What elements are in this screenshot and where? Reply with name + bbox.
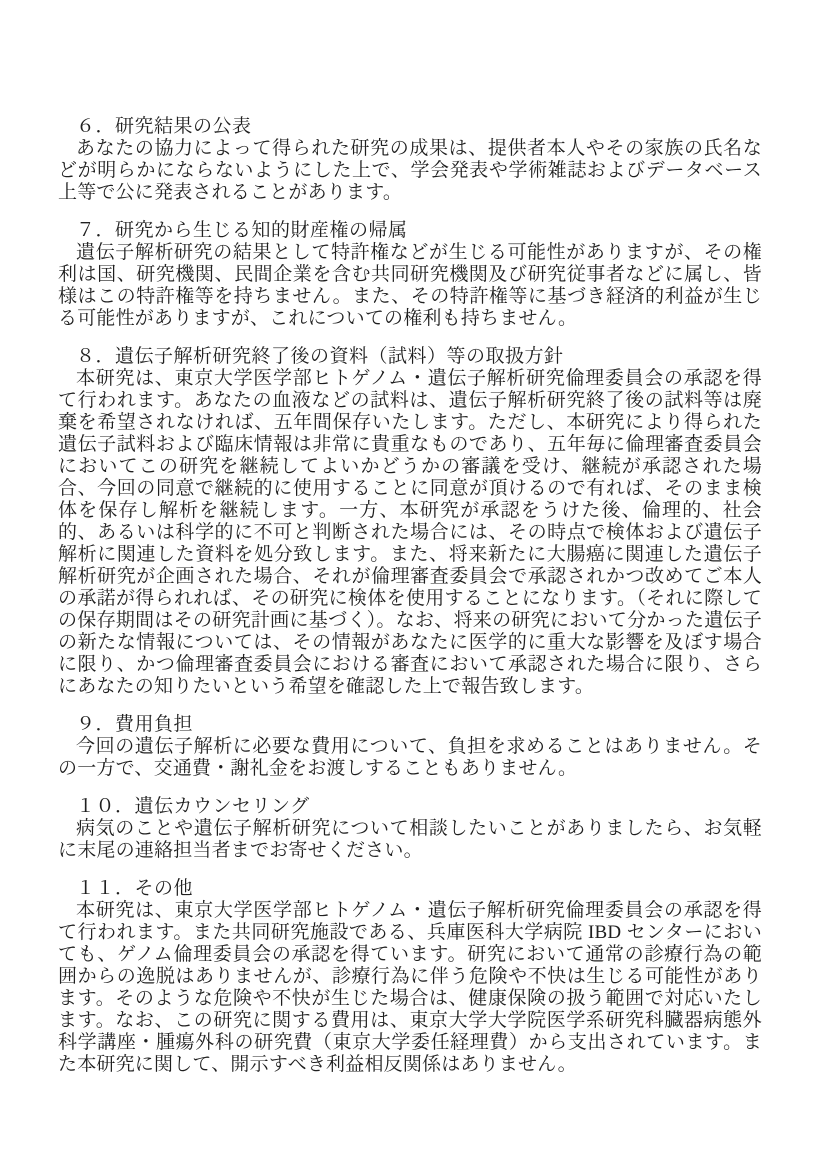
section-body: 本研究は、東京大学医学部ヒトゲノム・遺伝子解析研究倫理委員会の承認を得て行われま…: [58, 368, 762, 698]
section-heading: ８．遺伝子解析研究終了後の資料（試料）等の取扱方針: [58, 346, 762, 368]
section-body: 病気のことや遺伝子解析研究について相談したいことがありましたら、お気軽に末尾の連…: [58, 818, 762, 862]
section-heading: ９．費用負担: [58, 714, 762, 736]
section-body: 遺伝子解析研究の結果として特許権などが生じる可能性がありますが、その権利は国、研…: [58, 242, 762, 330]
section-genetic-counseling: １０．遺伝カウンセリング 病気のことや遺伝子解析研究について相談したいことがあり…: [58, 796, 762, 862]
section-cost-burden: ９．費用負担 今回の遺伝子解析に必要な費用について、負担を求めることはありません…: [58, 714, 762, 780]
section-heading: ６．研究結果の公表: [58, 116, 762, 138]
section-body: 今回の遺伝子解析に必要な費用について、負担を求めることはありません。その一方で、…: [58, 736, 762, 780]
document-content: ６．研究結果の公表 あなたの協力によって得られた研究の成果は、提供者本人やその家…: [58, 116, 762, 1092]
section-heading: １１．その他: [58, 878, 762, 900]
section-heading: ７．研究から生じる知的財産権の帰属: [58, 220, 762, 242]
section-research-results-publication: ６．研究結果の公表 あなたの協力によって得られた研究の成果は、提供者本人やその家…: [58, 116, 762, 204]
document-page: ６．研究結果の公表 あなたの協力によって得られた研究の成果は、提供者本人やその家…: [0, 0, 826, 1169]
section-sample-handling-policy: ８．遺伝子解析研究終了後の資料（試料）等の取扱方針 本研究は、東京大学医学部ヒト…: [58, 346, 762, 698]
section-body: 本研究は、東京大学医学部ヒトゲノム・遺伝子解析研究倫理委員会の承認を得て行われま…: [58, 900, 762, 1076]
section-other: １１．その他 本研究は、東京大学医学部ヒトゲノム・遺伝子解析研究倫理委員会の承認…: [58, 878, 762, 1076]
section-body: あなたの協力によって得られた研究の成果は、提供者本人やその家族の氏名などが明らか…: [58, 138, 762, 204]
section-intellectual-property: ７．研究から生じる知的財産権の帰属 遺伝子解析研究の結果として特許権などが生じる…: [58, 220, 762, 330]
section-heading: １０．遺伝カウンセリング: [58, 796, 762, 818]
